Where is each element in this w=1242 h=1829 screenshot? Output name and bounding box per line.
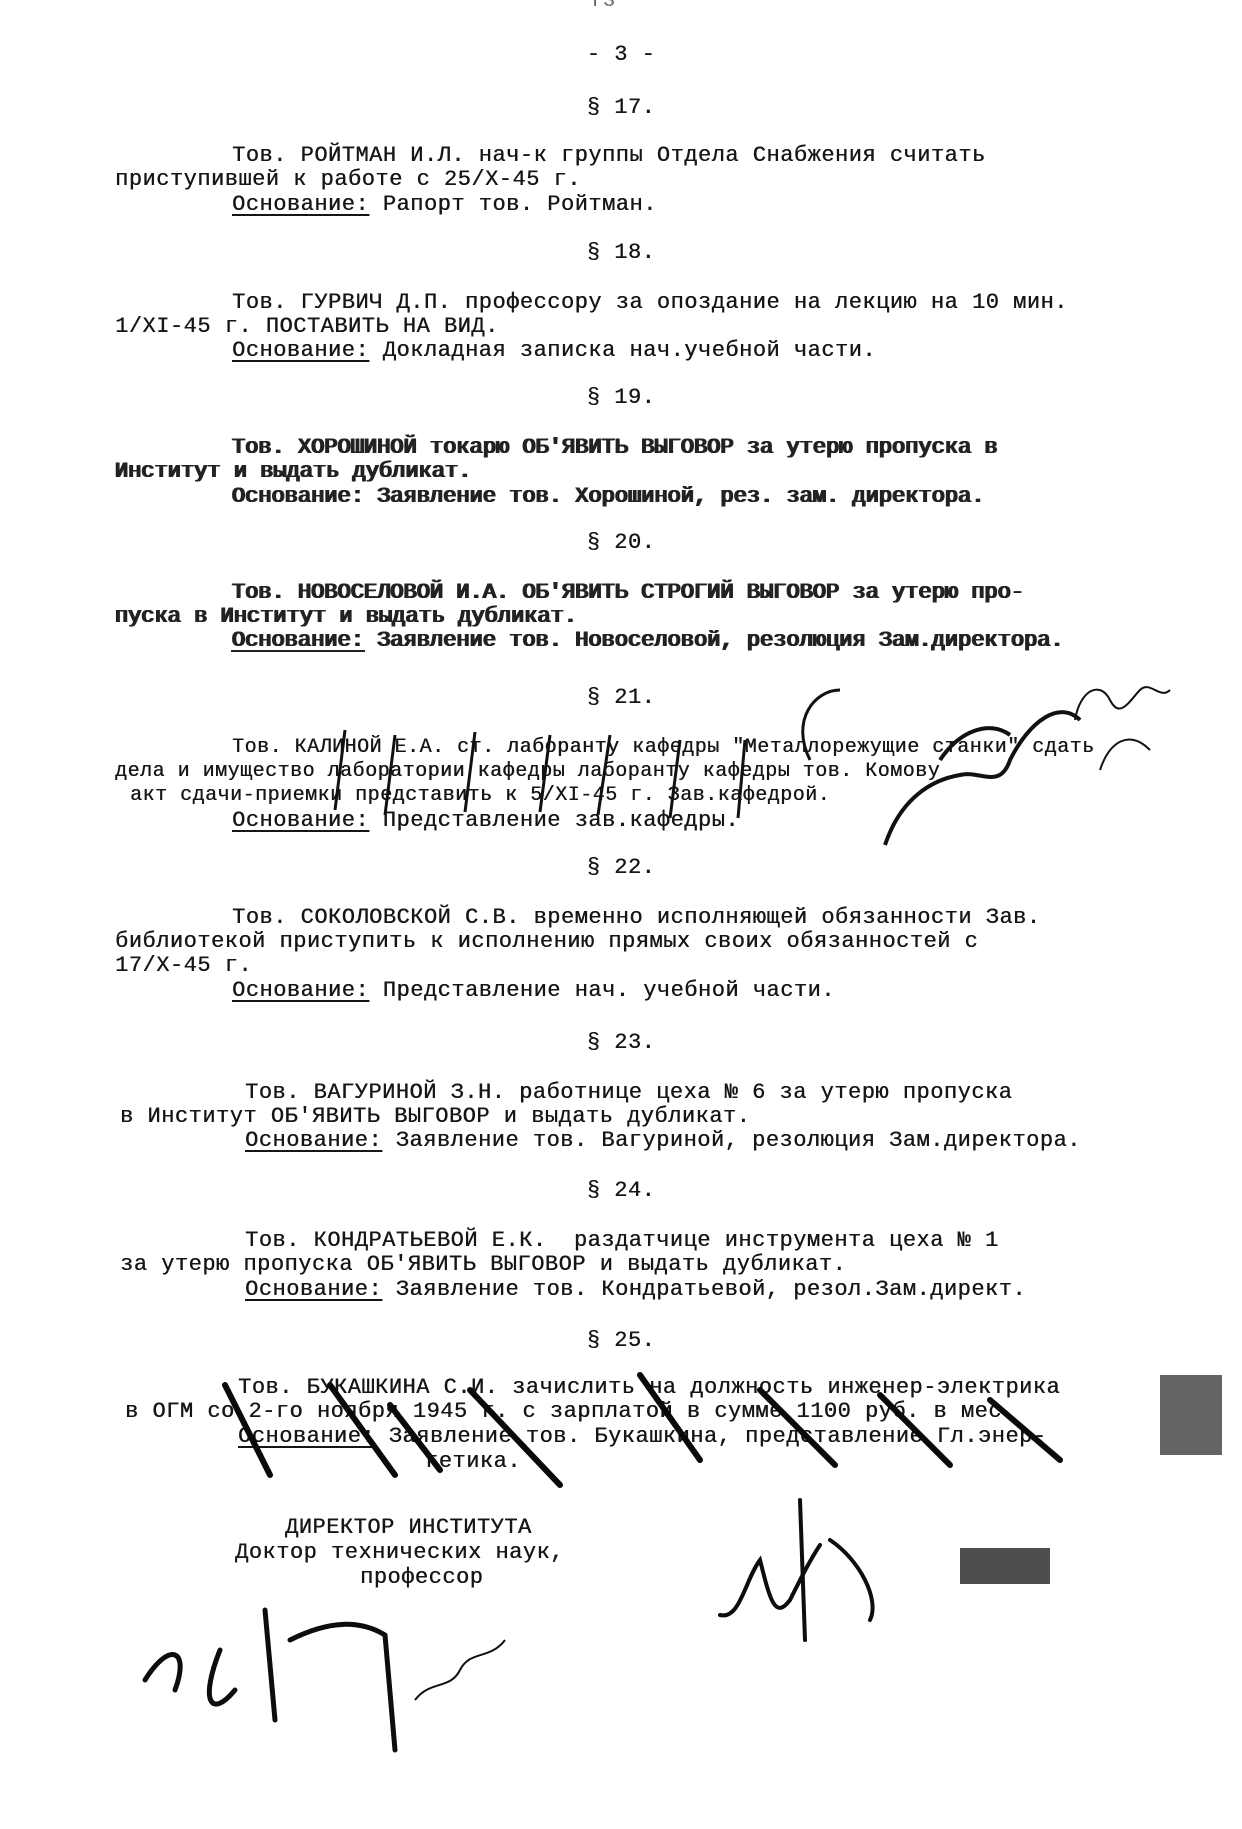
section-19-line-2: Институт и выдать дубликат.: [115, 459, 471, 484]
basis-text: Заявление тов. Хорошиной, рез. зам. дире…: [377, 484, 984, 509]
signature-degree: Доктор технических наук,: [235, 1540, 564, 1565]
section-23-basis: Основание: Заявление тов. Вагуриной, рез…: [245, 1128, 1081, 1153]
section-24-line-1: Тов. КОНДРАТЬЕВОЙ Е.К. раздатчице инстру…: [245, 1228, 999, 1253]
section-25-line-1: Тов. БУКАШКИНА С.И. зачислить на должнос…: [238, 1375, 1060, 1400]
section-heading-24: § 24.: [0, 1178, 1242, 1203]
section-24-basis: Основание: Заявление тов. Кондратьевой, …: [245, 1277, 1026, 1302]
section-17-line-2: приступившей к работе с 25/X-45 г.: [115, 167, 581, 192]
basis-label: Основание:: [232, 192, 369, 217]
section-25-line-2: в ОГМ со 2-го ноября 1945 г. с зарплатой…: [125, 1399, 1016, 1424]
section-21-line-3: акт сдачи-приемки представить к 5/XI-45 …: [130, 783, 830, 808]
section-heading-25: § 25.: [0, 1328, 1242, 1353]
section-19-basis: Основание: Заявление тов. Хорошиной, рез…: [232, 484, 985, 509]
section-17-line-1: Тов. РОЙТМАН И.Л. нач-к группы Отдела Сн…: [232, 143, 986, 168]
section-heading-23: § 23.: [0, 1030, 1242, 1055]
basis-label: Основание:: [232, 808, 369, 833]
section-22-line-1: Тов. СОКОЛОВСКОЙ С.В. временно исполняющ…: [232, 905, 1040, 930]
basis-label: Основание:: [232, 978, 369, 1003]
signature-title: ДИРЕКТОР ИНСТИТУТА: [285, 1515, 532, 1540]
section-22-line-3: 17/X-45 г.: [115, 953, 252, 978]
section-19-line-1: Тов. ХОРОШИНОЙ токарю ОБ'ЯВИТЬ ВЫГОВОР з…: [232, 435, 998, 460]
basis-label: Основание:: [245, 1128, 382, 1153]
basis-label: Основание:: [238, 1424, 375, 1449]
basis-text: Представление нач. учебной части.: [383, 978, 835, 1003]
basis-label: Основание:: [232, 484, 364, 509]
section-22-line-2: библиотекой приступить к исполнению прям…: [115, 929, 978, 954]
section-21-line-2: дела и имущество лаборатории кафедры лаб…: [115, 759, 940, 784]
section-20-basis: Основание: Заявление тов. Новоселовой, р…: [232, 628, 1064, 653]
section-25-basis-cont: гетика.: [425, 1449, 521, 1474]
basis-text: Заявление тов. Новоселовой, резолюция За…: [377, 628, 1064, 653]
section-20-line-1: Тов. НОВОСЕЛОВОЙ И.А. ОБ'ЯВИТЬ СТРОГИЙ В…: [232, 580, 1024, 605]
stamp-smudge: [1160, 1375, 1222, 1455]
basis-text: Заявление тов. Букашкина, представление …: [389, 1424, 1047, 1449]
top-mark: ГЗ: [592, 0, 615, 15]
section-17-basis: Основание: Рапорт тов. Ройтман.: [232, 192, 657, 217]
section-heading-18: § 18.: [0, 240, 1242, 265]
page-number: - 3 -: [0, 42, 1242, 67]
section-20-line-2: пуска в Институт и выдать дубликат.: [115, 604, 577, 629]
section-18-line-2: 1/XI-45 г. ПОСТАВИТЬ НА ВИД.: [115, 314, 499, 339]
section-23-line-1: Тов. ВАГУРИНОЙ З.Н. работнице цеха № 6 з…: [245, 1080, 1012, 1105]
section-heading-19: § 19.: [0, 385, 1242, 410]
basis-label: Основание:: [245, 1277, 382, 1302]
section-heading-20: § 20.: [0, 530, 1242, 555]
director-signature-icon: [145, 1610, 395, 1750]
basis-text: Докладная записка нач.учебной части.: [383, 338, 876, 363]
basis-text: Заявление тов. Вагуриной, резолюция Зам.…: [396, 1128, 1081, 1153]
basis-text: Заявление тов. Кондратьевой, резол.Зам.д…: [396, 1277, 1026, 1302]
section-25-basis: Основание: Заявление тов. Букашкина, пре…: [238, 1424, 1046, 1449]
basis-text: Представление зав.кафедры.: [383, 808, 739, 833]
right-signature-icon: [720, 1500, 873, 1640]
section-18-line-1: Тов. ГУРВИЧ Д.П. профессору за опоздание…: [232, 290, 1068, 315]
document-page: ГЗ - 3 - § 17. Тов. РОЙТМАН И.Л. нач-к г…: [0, 0, 1242, 1829]
section-21-basis: Основание: Представление зав.кафедры.: [232, 808, 739, 833]
section-24-line-2: за утерю пропуска ОБ'ЯВИТЬ ВЫГОВОР и выд…: [120, 1252, 846, 1277]
basis-label: Основание:: [232, 628, 364, 653]
section-heading-22: § 22.: [0, 855, 1242, 880]
basis-label: Основание:: [232, 338, 369, 363]
basis-text: Рапорт тов. Ройтман.: [383, 192, 657, 217]
section-heading-21: § 21.: [0, 685, 1242, 710]
section-heading-17: § 17.: [0, 95, 1242, 120]
section-22-basis: Основание: Представление нач. учебной ча…: [232, 978, 835, 1003]
section-21-line-1: Тов. КАЛИНОЙ Е.А. ст. лаборанту кафедры …: [232, 735, 1095, 760]
stamp-fragment: [960, 1548, 1050, 1584]
secondary-signature-icon: [415, 1640, 505, 1700]
section-18-basis: Основание: Докладная записка нач.учебной…: [232, 338, 876, 363]
section-23-line-2: в Институт ОБ'ЯВИТЬ ВЫГОВОР и выдать дуб…: [120, 1104, 750, 1129]
signature-rank: профессор: [360, 1565, 483, 1590]
